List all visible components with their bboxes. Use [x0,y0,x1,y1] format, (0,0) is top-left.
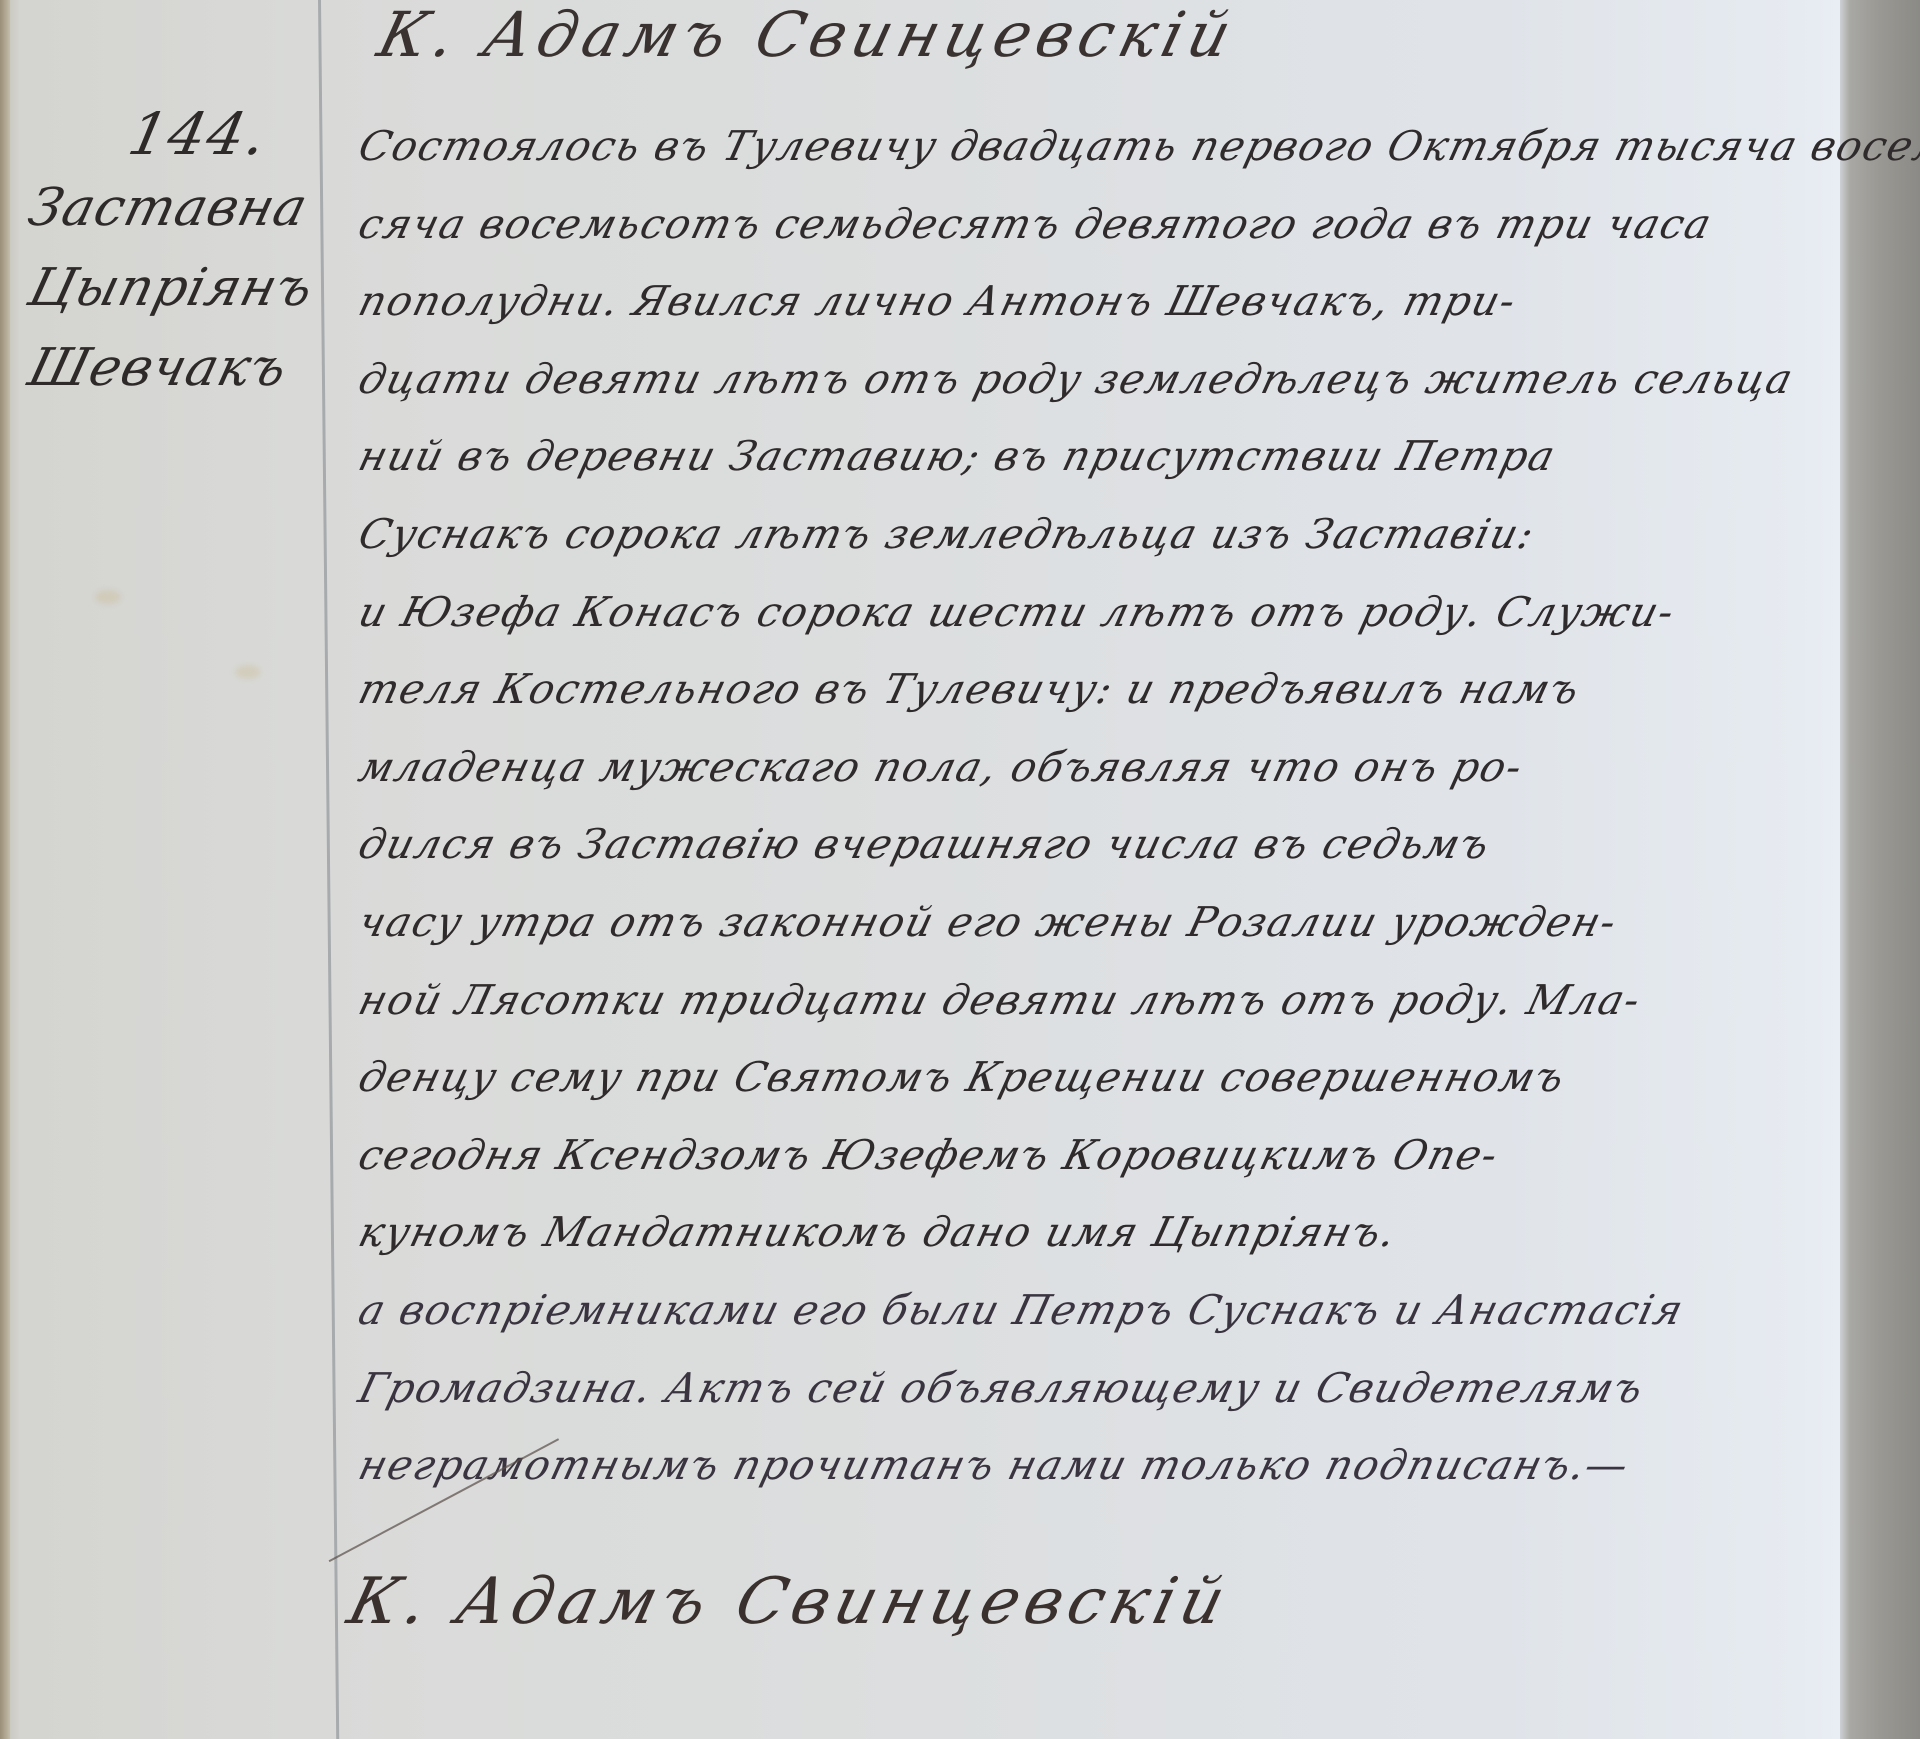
page-right-edge [1840,0,1920,1739]
record-body: Состоялось въ Тулевичу двадцать первого … [350,108,1840,1505]
margin-village: Заставна [20,168,330,248]
footer-signature: К. Адамъ Свинцевскій [341,1565,1238,1639]
body-line: часу утра отъ законной его жены Розалии … [350,884,1859,962]
body-line: дился въ Заставію вчерашняго числа въ се… [350,806,1859,884]
body-line: младенца мужескаго пола, объявляя что он… [350,729,1859,807]
margin-column: 144. Заставна Цыпріянъ Шевчакъ [30,100,320,408]
body-line: денцу сему при Святомъ Крещении совершен… [350,1039,1859,1117]
margin-first-name: Цыпріянъ [20,248,330,328]
body-line: сегодня Ксендзомъ Юзефемъ Коровицкимъ Оп… [350,1117,1859,1195]
page-left-edge [0,0,10,1739]
entry-number: 144. [123,100,275,168]
body-line: пополудни. Явился лично Антонъ Шевчакъ, … [350,263,1859,341]
body-line: неграмотнымъ прочитанъ нами только подпи… [350,1427,1859,1505]
body-line: сяча восемьсотъ семьдесятъ девятого года… [350,186,1859,264]
paper-stain [235,665,261,679]
body-line: ний въ деревни Заставию; въ присутствии … [350,418,1859,496]
body-line: а воспріемниками его были Петръ Суснакъ … [350,1272,1859,1350]
body-line: Состоялось въ Тулевичу двадцать первого … [350,108,1859,186]
body-line: Суснакъ сорока лѣтъ земледѣльца изъ Заст… [350,496,1859,574]
document-photo: К. Адамъ Свинцевскій 144. Заставна Цыпрі… [0,0,1920,1739]
body-line: дцати девяти лѣтъ отъ роду земледѣлецъ ж… [350,341,1859,419]
header-signature: К. Адамъ Свинцевскій [371,0,1243,70]
body-line: и Юзефа Конасъ сорока шести лѣтъ отъ род… [350,574,1859,652]
body-line: ной Лясотки тридцати девяти лѣтъ отъ род… [350,962,1859,1040]
body-line: теля Костельного въ Тулевичу: и предъяви… [350,651,1859,729]
paper-stain [95,590,121,604]
body-line: Громадзина. Актъ сей объявляющему и Свид… [350,1350,1859,1428]
margin-surname: Шевчакъ [20,328,330,408]
body-line: куномъ Мандатникомъ дано имя Цыпріянъ. [350,1194,1859,1272]
